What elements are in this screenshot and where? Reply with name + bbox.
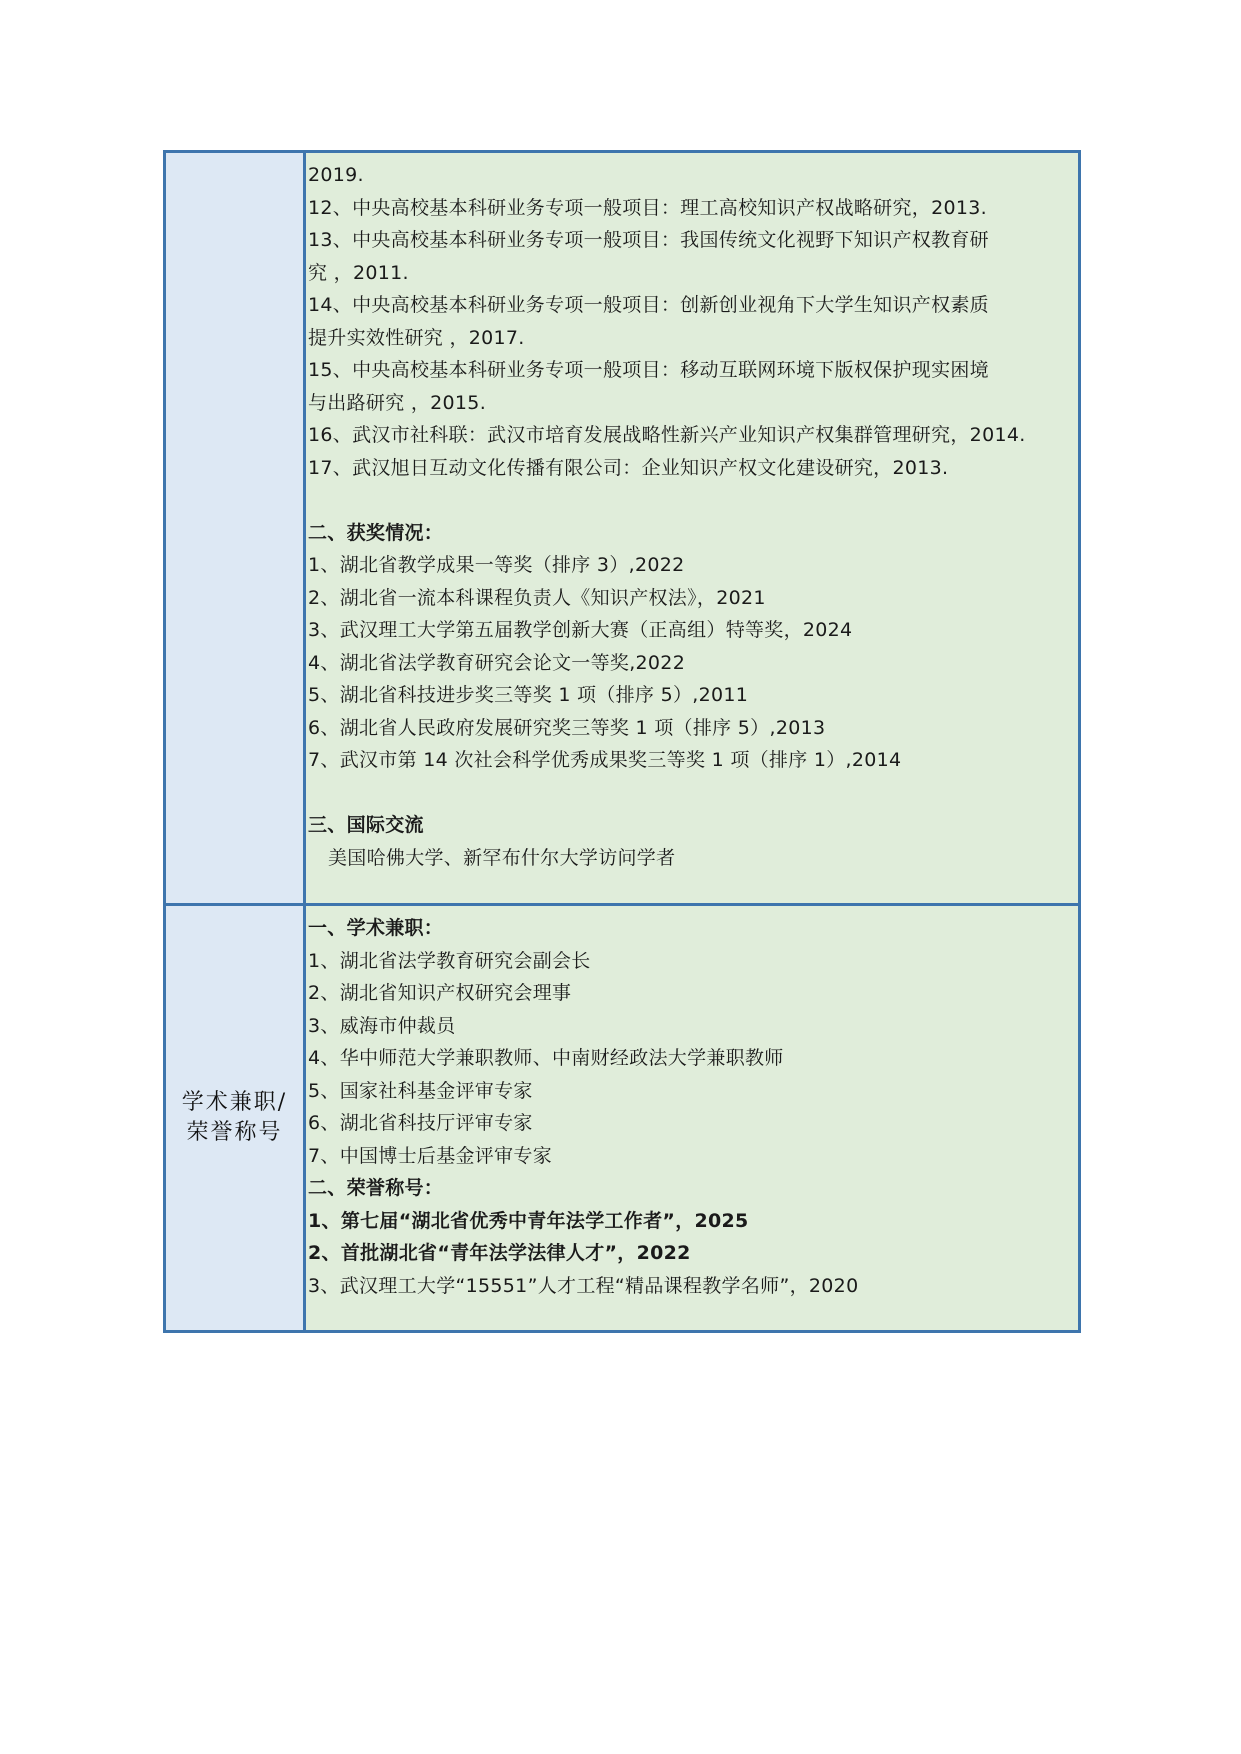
- project-line: 14、中央高校基本科研业务专项一般项目：创新创业视角下大学生知识产权素质: [308, 289, 1078, 322]
- project-line: 13、中央高校基本科研业务专项一般项目：我国传统文化视野下知识产权教育研: [308, 224, 1078, 257]
- award-item: 5、湖北省科技进步奖三等奖 1 项（排序 5）,2011: [308, 679, 1078, 712]
- content-cell-research-awards: 2019. 12、中央高校基本科研业务专项一般项目：理工高校知识产权战略研究，2…: [305, 152, 1080, 905]
- row-label-cell-empty: [165, 152, 305, 905]
- position-item: 2、湖北省知识产权研究会理事: [308, 977, 1078, 1010]
- content-cell-positions-honors: 一、学术兼职： 1、湖北省法学教育研究会副会长 2、湖北省知识产权研究会理事 3…: [305, 905, 1080, 1332]
- honor-item: 2、首批湖北省“青年法学法律人才”，2022: [308, 1237, 1078, 1270]
- awards-heading: 二、获奖情况：: [308, 517, 1078, 550]
- honors-heading: 二、荣誉称号：: [308, 1172, 1078, 1205]
- exchange-heading: 三、国际交流: [308, 809, 1078, 842]
- award-item: 6、湖北省人民政府发展研究奖三等奖 1 项（排序 5）,2013: [308, 712, 1078, 745]
- award-item: 1、湖北省教学成果一等奖（排序 3）,2022: [308, 549, 1078, 582]
- positions-heading: 一、学术兼职：: [308, 912, 1078, 945]
- position-item: 1、湖北省法学教育研究会副会长: [308, 945, 1078, 978]
- cv-table: 2019. 12、中央高校基本科研业务专项一般项目：理工高校知识产权战略研究，2…: [163, 150, 1081, 1333]
- honor-item: 1、第七届“湖北省优秀中青年法学工作者”，2025: [308, 1205, 1078, 1238]
- award-item: 7、武汉市第 14 次社会科学优秀成果奖三等奖 1 项（排序 1）,2014: [308, 744, 1078, 777]
- positions-honors-content: 一、学术兼职： 1、湖北省法学教育研究会副会长 2、湖北省知识产权研究会理事 3…: [306, 906, 1078, 1302]
- project-line: 与出路研究 ，2015.: [308, 387, 1078, 420]
- project-line: 15、中央高校基本科研业务专项一般项目：移动互联网环境下版权保护现实困境: [308, 354, 1078, 387]
- position-item: 4、华中师范大学兼职教师、中南财经政法大学兼职教师: [308, 1042, 1078, 1075]
- research-awards-content: 2019. 12、中央高校基本科研业务专项一般项目：理工高校知识产权战略研究，2…: [306, 153, 1078, 874]
- position-item: 3、威海市仲裁员: [308, 1010, 1078, 1043]
- position-item: 5、国家社科基金评审专家: [308, 1075, 1078, 1108]
- row-label-cell-positions-honors: 学术兼职/荣誉称号: [165, 905, 305, 1332]
- project-line: 2019.: [308, 159, 1078, 192]
- project-line: 17、武汉旭日互动文化传播有限公司：企业知识产权文化建设研究，2013.: [308, 452, 1078, 485]
- award-item: 2、湖北省一流本科课程负责人《知识产权法》，2021: [308, 582, 1078, 615]
- award-item: 3、武汉理工大学第五届教学创新大赛（正高组）特等奖，2024: [308, 614, 1078, 647]
- honor-item: 3、武汉理工大学“15551”人才工程“精品课程教学名师”，2020: [308, 1270, 1078, 1303]
- position-item: 7、中国博士后基金评审专家: [308, 1140, 1078, 1173]
- spacer: [308, 484, 1078, 517]
- project-line: 12、中央高校基本科研业务专项一般项目：理工高校知识产权战略研究，2013.: [308, 192, 1078, 225]
- table-row-research-awards: 2019. 12、中央高校基本科研业务专项一般项目：理工高校知识产权战略研究，2…: [165, 152, 1080, 905]
- exchange-item: 美国哈佛大学、新罕布什尔大学访问学者: [308, 842, 1078, 875]
- row-label: 学术兼职/荣誉称号: [179, 1088, 291, 1148]
- award-item: 4、湖北省法学教育研究会论文一等奖,2022: [308, 647, 1078, 680]
- table-row-positions-honors: 学术兼职/荣誉称号 一、学术兼职： 1、湖北省法学教育研究会副会长 2、湖北省知…: [165, 905, 1080, 1332]
- project-line: 16、武汉市社科联：武汉市培育发展战略性新兴产业知识产权集群管理研究，2014.: [308, 419, 1078, 452]
- project-line: 究 ，2011.: [308, 257, 1078, 290]
- project-line: 提升实效性研究 ，2017.: [308, 322, 1078, 355]
- spacer: [308, 777, 1078, 810]
- position-item: 6、湖北省科技厅评审专家: [308, 1107, 1078, 1140]
